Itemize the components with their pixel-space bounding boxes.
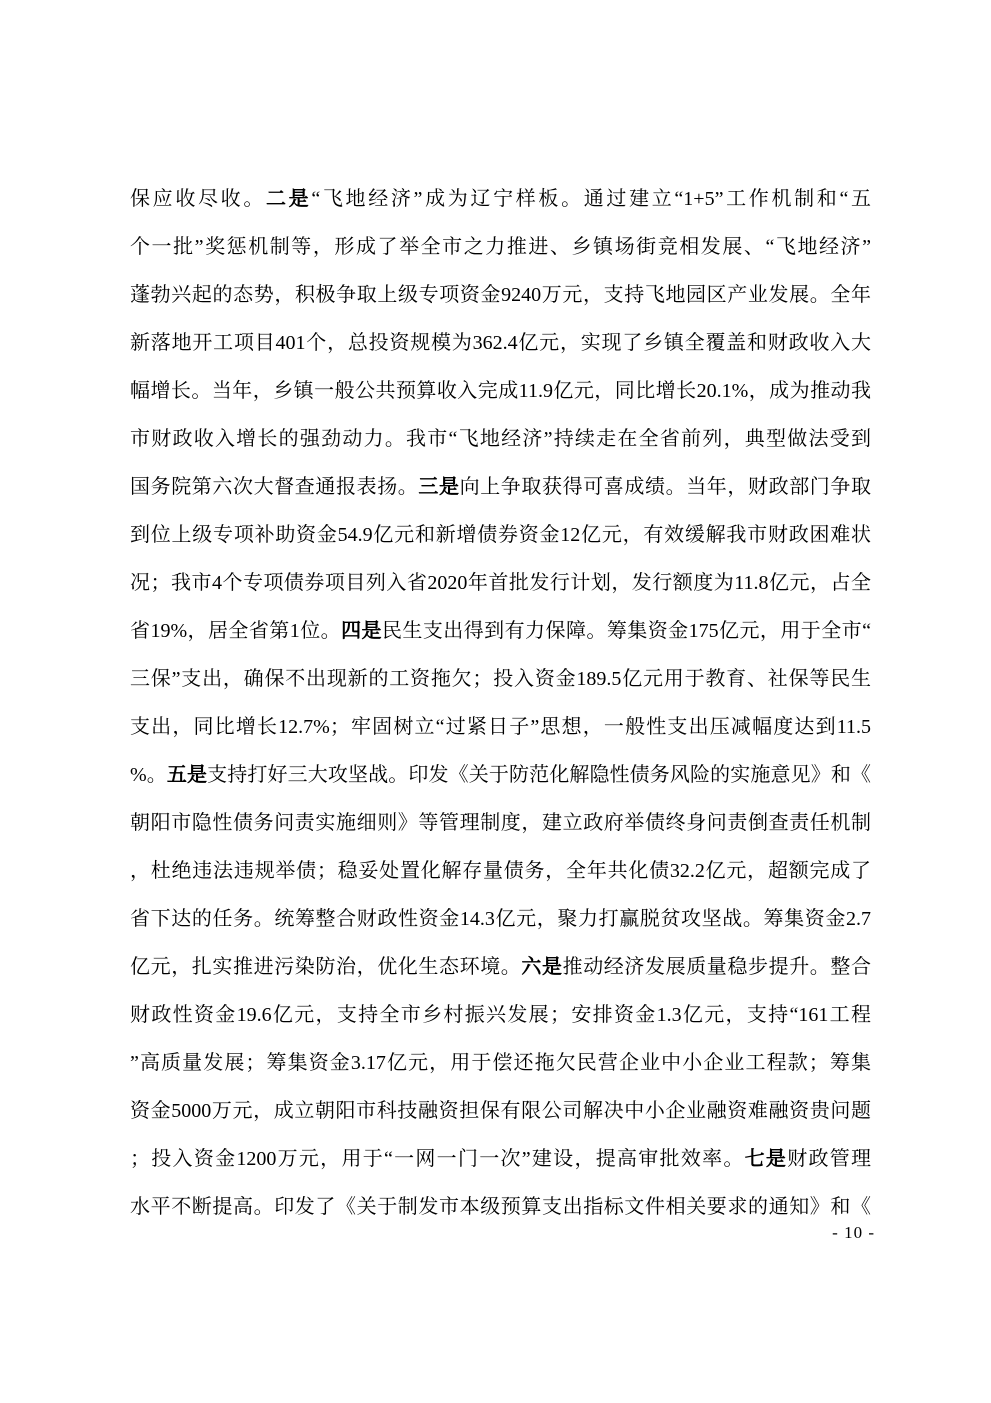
text-line: 保应收尽收。二是“飞地经济”成为辽宁样板。通过建立“1+5”工作机制和“五 (130, 175, 871, 223)
body-text: 亿元，扎实推进污染防治，优化生态环境。 (130, 956, 521, 978)
emphasis-text: 四是 (341, 620, 382, 642)
text-line: 朝阳市隐性债务问责实施细则》等管理制度，建立政府举债终身问责倒查责任机制 (130, 799, 871, 847)
body-text: 幅增长。当年，乡镇一般公共预算收入完成11.9亿元，同比增长20.1%，成为推动… (130, 380, 871, 402)
body-text: 民生支出得到有力保障。筹集资金175亿元，用于全市“ (382, 620, 871, 642)
body-text: 三保”支出，确保不出现新的工资拖欠；投入资金189.5亿元用于教育、社保等民生 (130, 668, 871, 690)
body-text: 资金5000万元，成立朝阳市科技融资担保有限公司解决中小企业融资难融资贵问题 (130, 1100, 871, 1122)
body-text: 财政管理 (787, 1148, 871, 1170)
emphasis-text: 三是 (418, 476, 459, 498)
body-text: 省19%，居全省第1位。 (130, 620, 341, 642)
text-line: 蓬勃兴起的态势，积极争取上级专项资金9240万元，支持飞地园区产业发展。全年 (130, 271, 871, 319)
page-number: - 10 - (832, 1220, 875, 1246)
body-text: 个一批”奖惩机制等，形成了举全市之力推进、乡镇场街竞相发展、“飞地经济” (130, 236, 871, 258)
paragraph-body: 保应收尽收。二是“飞地经济”成为辽宁样板。通过建立“1+5”工作机制和“五个一批… (130, 175, 871, 1231)
text-line: 到位上级专项补助资金54.9亿元和新增债券资金12亿元，有效缓解我市财政困难状 (130, 511, 871, 559)
body-text: %。 (130, 764, 167, 786)
body-text: 省下达的任务。统筹整合财政性资金14.3亿元，聚力打赢脱贫攻坚战。筹集资金2.7 (130, 908, 871, 930)
text-line: 财政性资金19.6亿元，支持全市乡村振兴发展；安排资金1.3亿元，支持“161工… (130, 991, 871, 1039)
text-line: 新落地开工项目401个，总投资规模为362.4亿元，实现了乡镇全覆盖和财政收入大 (130, 319, 871, 367)
text-line: 况；我市4个专项债券项目列入省2020年首批发行计划，发行额度为11.8亿元，占… (130, 559, 871, 607)
text-line: 资金5000万元，成立朝阳市科技融资担保有限公司解决中小企业融资难融资贵问题 (130, 1087, 871, 1135)
body-text: 水平不断提高。印发了《关于制发市本级预算支出指标文件相关要求的通知》和《 (130, 1196, 871, 1218)
text-line: 幅增长。当年，乡镇一般公共预算收入完成11.9亿元，同比增长20.1%，成为推动… (130, 367, 871, 415)
body-text: 新落地开工项目401个，总投资规模为362.4亿元，实现了乡镇全覆盖和财政收入大 (130, 332, 871, 354)
text-line: 国务院第六次大督查通报表扬。三是向上争取获得可喜成绩。当年，财政部门争取 (130, 463, 871, 511)
body-text: 保应收尽收。 (130, 188, 266, 210)
body-text: ”高质量发展；筹集资金3.17亿元，用于偿还拖欠民营企业中小企业工程款；筹集 (130, 1052, 871, 1074)
emphasis-text: 二是 (266, 188, 311, 210)
body-text: 市财政收入增长的强劲动力。我市“飞地经济”持续走在全省前列，典型做法受到 (130, 428, 871, 450)
text-line: 市财政收入增长的强劲动力。我市“飞地经济”持续走在全省前列，典型做法受到 (130, 415, 871, 463)
text-line: ”高质量发展；筹集资金3.17亿元，用于偿还拖欠民营企业中小企业工程款；筹集 (130, 1039, 871, 1087)
text-line: 亿元，扎实推进污染防治，优化生态环境。六是推动经济发展质量稳步提升。整合 (130, 943, 871, 991)
body-text: 朝阳市隐性债务问责实施细则》等管理制度，建立政府举债终身问责倒查责任机制 (130, 812, 871, 834)
text-line: %。五是支持打好三大攻坚战。印发《关于防范化解隐性债务风险的实施意见》和《 (130, 751, 871, 799)
body-text: 财政性资金19.6亿元，支持全市乡村振兴发展；安排资金1.3亿元，支持“161工… (130, 1004, 871, 1026)
text-line: ；投入资金1200万元，用于“一网一门一次”建设，提高审批效率。七是财政管理 (130, 1135, 871, 1183)
emphasis-text: 五是 (167, 764, 207, 786)
emphasis-text: 七是 (745, 1148, 788, 1170)
body-text: 况；我市4个专项债券项目列入省2020年首批发行计划，发行额度为11.8亿元，占… (130, 572, 871, 594)
body-text: 支持打好三大攻坚战。印发《关于防范化解隐性债务风险的实施意见》和《 (207, 764, 871, 786)
body-text: 国务院第六次大督查通报表扬。 (130, 476, 418, 498)
text-line: 省19%，居全省第1位。四是民生支出得到有力保障。筹集资金175亿元，用于全市“ (130, 607, 871, 655)
text-line: ，杜绝违法违规举债；稳妥处置化解存量债务，全年共化债32.2亿元，超额完成了 (130, 847, 871, 895)
body-text: 推动经济发展质量稳步提升。整合 (563, 956, 871, 978)
text-line: 三保”支出，确保不出现新的工资拖欠；投入资金189.5亿元用于教育、社保等民生 (130, 655, 871, 703)
emphasis-text: 六是 (521, 956, 562, 978)
text-line: 支出，同比增长12.7%；牢固树立“过紧日子”思想，一般性支出压减幅度达到11.… (130, 703, 871, 751)
body-text: ；投入资金1200万元，用于“一网一门一次”建设，提高审批效率。 (130, 1148, 745, 1170)
body-text: 支出，同比增长12.7%；牢固树立“过紧日子”思想，一般性支出压减幅度达到11.… (130, 716, 871, 738)
body-text: 蓬勃兴起的态势，积极争取上级专项资金9240万元，支持飞地园区产业发展。全年 (130, 284, 871, 306)
body-text: 到位上级专项补助资金54.9亿元和新增债券资金12亿元，有效缓解我市财政困难状 (130, 524, 871, 546)
text-line: 水平不断提高。印发了《关于制发市本级预算支出指标文件相关要求的通知》和《 (130, 1183, 871, 1231)
text-line: 个一批”奖惩机制等，形成了举全市之力推进、乡镇场街竞相发展、“飞地经济” (130, 223, 871, 271)
text-line: 省下达的任务。统筹整合财政性资金14.3亿元，聚力打赢脱贫攻坚战。筹集资金2.7 (130, 895, 871, 943)
body-text: ，杜绝违法违规举债；稳妥处置化解存量债务，全年共化债32.2亿元，超额完成了 (130, 860, 871, 882)
body-text: “飞地经济”成为辽宁样板。通过建立“1+5”工作机制和“五 (311, 188, 871, 210)
body-text: 向上争取获得可喜成绩。当年，财政部门争取 (460, 476, 871, 498)
document-page: 保应收尽收。二是“飞地经济”成为辽宁样板。通过建立“1+5”工作机制和“五个一批… (0, 0, 991, 1403)
